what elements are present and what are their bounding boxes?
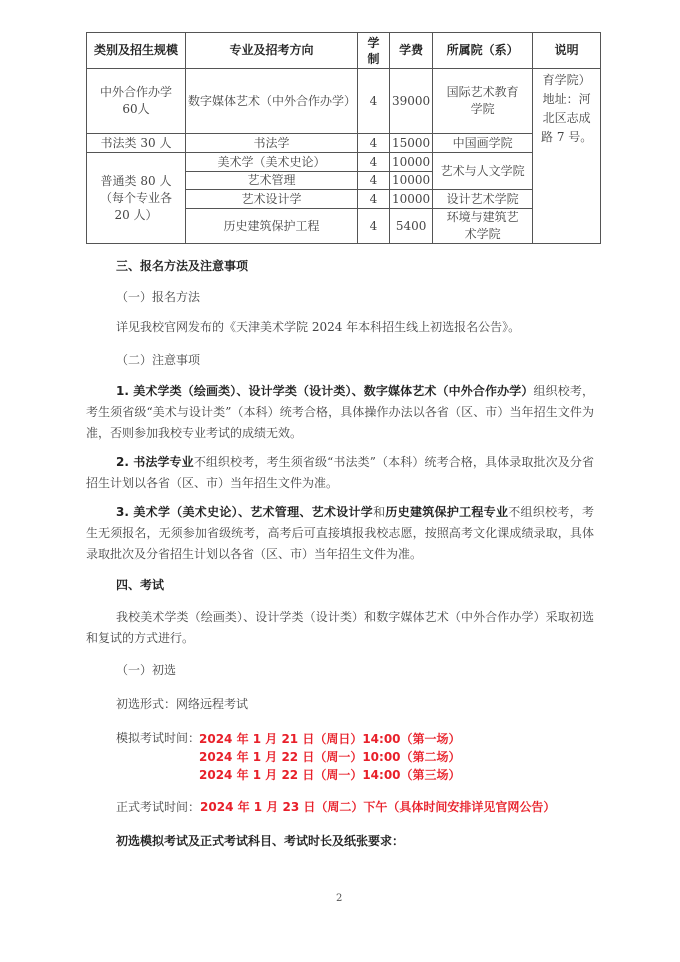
section3-title: 三、报名方法及注意事项 [116,256,248,277]
formal-exam-time: 2024 年 1 月 23 日（周二）下午（具体时间安排详见官网公告） [200,800,555,814]
cell-school: 设计艺术学院 [433,190,533,209]
section4-intro: 我校美术学类（绘画类）、设计学类（设计类）和数字媒体艺术（中外合作办学）采取初选… [86,607,594,649]
admission-table: 类别及招生规模 专业及招考方向 学制 学费 所属院（系） 说明 中外合作办学60… [86,32,601,244]
formal-exam: 正式考试时间：2024 年 1 月 23 日（周二）下午（具体时间安排详见官网公… [116,797,555,818]
notice-item-3: 3. 美术学（美术史论）、艺术管理、艺术设计学和历史建筑保护工程专业不组织校考，… [86,502,594,565]
cell-major: 艺术设计学 [186,190,358,209]
mock-exam-label: 模拟考试时间： [116,728,200,749]
cell-major: 数字媒体艺术（中外合作办学） [186,69,358,134]
cell-major: 美术学（美术史论） [186,153,358,172]
cell-fee: 5400 [390,209,433,244]
cell-category: 中外合作办学60人 [87,69,186,134]
cell-note: 育学院）地址：河北区志成路 7 号。 [533,69,601,244]
table-header-row: 类别及招生规模 专业及招考方向 学制 学费 所属院（系） 说明 [87,33,601,69]
cell-years: 4 [358,190,390,209]
section3-sub1: （一）报名方法 [116,287,200,308]
cell-major: 书法学 [186,134,358,153]
section4-sub1: （一）初选 [116,660,176,681]
cell-fee: 39000 [390,69,433,134]
notice-item-3-bold1: 3. 美术学（美术史论）、艺术管理、艺术设计学 [116,505,373,519]
page-number: 2 [336,893,342,904]
cell-school: 环境与建筑艺术学院 [433,209,533,244]
cell-fee: 10000 [390,172,433,190]
table-row: 普通类 80 人（每个专业各 20 人） 美术学（美术史论） 4 10000 艺… [87,153,601,172]
notice-item-1-bold: 1. 美术学类（绘画类）、设计学类（设计类）、数字媒体艺术（中外合作办学） [116,384,533,398]
mock-time-2: 2024 年 1 月 22 日（周一）10:00（第二场） [199,748,461,766]
exam-requirements: 初选模拟考试及正式考试科目、考试时长及纸张要求： [116,831,404,852]
cell-years: 4 [358,153,390,172]
cell-school: 国际艺术教育学院 [433,69,533,134]
document-page: 类别及招生规模 专业及招考方向 学制 学费 所属院（系） 说明 中外合作办学60… [0,0,680,962]
cell-category: 书法类 30 人 [87,134,186,153]
cell-years: 4 [358,172,390,190]
table-row: 书法类 30 人 书法学 4 15000 中国画学院 [87,134,601,153]
mock-time-3: 2024 年 1 月 22 日（周一）14:00（第三场） [199,766,461,784]
header-note: 说明 [533,33,601,69]
notice-item-1: 1. 美术学类（绘画类）、设计学类（设计类）、数字媒体艺术（中外合作办学）组织校… [86,381,594,444]
exam-format: 初选形式：网络远程考试 [116,694,248,715]
formal-exam-label: 正式考试时间： [116,800,200,814]
mock-time-1: 2024 年 1 月 21 日（周日）14:00（第一场） [199,730,461,748]
cell-years: 4 [358,69,390,134]
cell-major: 历史建筑保护工程 [186,209,358,244]
cell-major: 艺术管理 [186,172,358,190]
notice-item-2-bold: 2. 书法学专业 [116,455,194,469]
cell-fee: 10000 [390,190,433,209]
section3-sub2: （二）注意事项 [116,350,200,371]
cell-years: 4 [358,209,390,244]
section3-sub1-text: 详见我校官网发布的《天津美术学院 2024 年本科招生线上初选报名公告》。 [116,317,520,338]
header-school: 所属院（系） [433,33,533,69]
header-years: 学制 [358,33,390,69]
notice-item-2: 2. 书法学专业不组织校考，考生须省级“书法类”（本科）统考合格，具体录取批次及… [86,452,594,494]
table-row: 中外合作办学60人 数字媒体艺术（中外合作办学） 4 39000 国际艺术教育学… [87,69,601,134]
cell-fee: 15000 [390,134,433,153]
section4-title: 四、考试 [116,575,164,596]
header-major: 专业及招考方向 [186,33,358,69]
notice-item-3-bold2: 历史建筑保护工程专业 [385,505,508,519]
notice-item-3-mid: 和 [373,505,385,519]
header-category: 类别及招生规模 [87,33,186,69]
cell-school: 中国画学院 [433,134,533,153]
cell-fee: 10000 [390,153,433,172]
header-fee: 学费 [390,33,433,69]
cell-school: 艺术与人文学院 [433,153,533,190]
cell-category: 普通类 80 人（每个专业各 20 人） [87,153,186,244]
cell-years: 4 [358,134,390,153]
